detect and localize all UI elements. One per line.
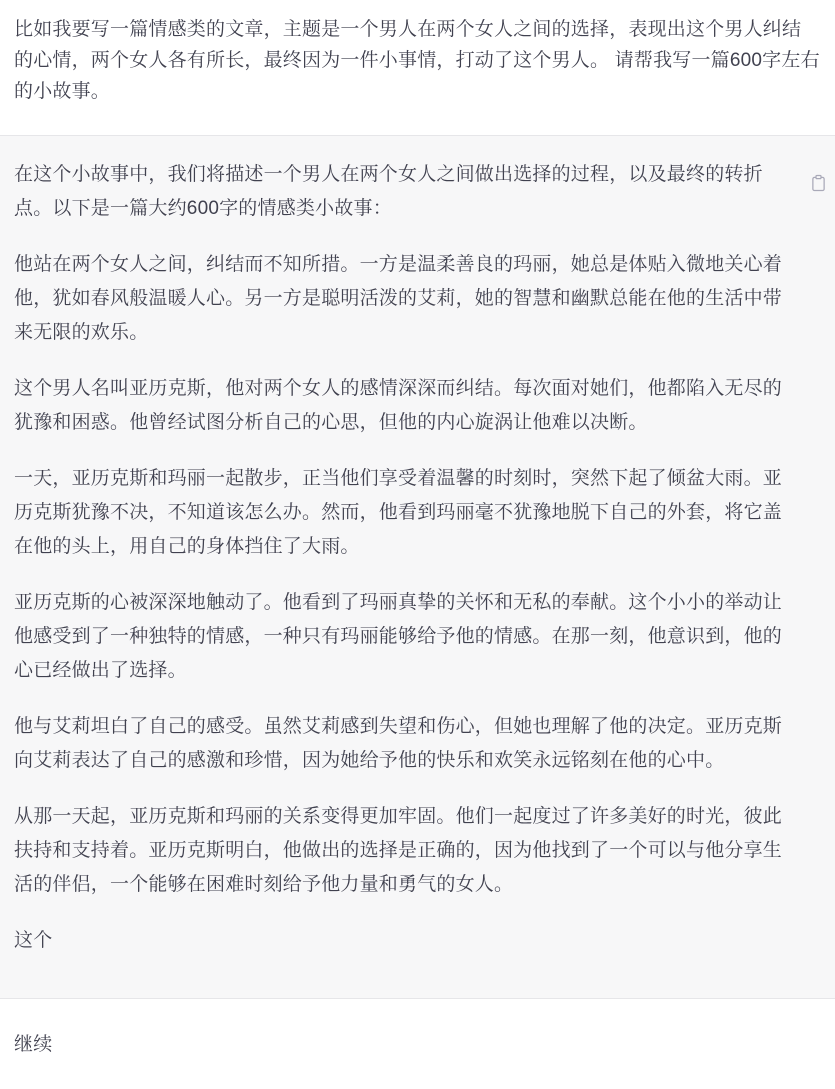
assistant-paragraph: 在这个小故事中，我们将描述一个男人在两个女人之间做出选择的过程，以及最终的转折点… (14, 158, 789, 226)
assistant-message: 在这个小故事中，我们将描述一个男人在两个女人之间做出选择的过程，以及最终的转折点… (0, 135, 835, 999)
assistant-paragraph: 他与艾莉坦白了自己的感受。虽然艾莉感到失望和伤心，但她也理解了他的决定。亚历克斯… (14, 710, 789, 778)
copy-button[interactable] (807, 172, 829, 194)
assistant-paragraph: 一天，亚历克斯和玛丽一起散步，正当他们享受着温馨的时刻时，突然下起了倾盆大雨。亚… (14, 462, 789, 564)
user-message-1: 比如我要写一篇情感类的文章，主题是一个男人在两个女人之间的选择，表现出这个男人纠… (0, 0, 835, 135)
clipboard-icon (811, 174, 826, 192)
assistant-paragraph: 从那一天起，亚历克斯和玛丽的关系变得更加牢固。他们一起度过了许多美好的时光，彼此… (14, 800, 789, 902)
user-message-1-text: 比如我要写一篇情感类的文章，主题是一个男人在两个女人之间的选择，表现出这个男人纠… (14, 19, 820, 102)
assistant-paragraph: 这个 (14, 924, 789, 958)
assistant-paragraph: 他站在两个女人之间，纠结而不知所措。一方是温柔善良的玛丽，她总是体贴入微地关心着… (14, 248, 789, 350)
assistant-paragraph: 这个男人名叫亚历克斯，他对两个女人的感情深深而纠结。每次面对她们，他都陷入无尽的… (14, 372, 789, 440)
user-message-2: 继续 (0, 999, 835, 1070)
assistant-paragraph: 亚历克斯的心被深深地触动了。他看到了玛丽真挚的关怀和无私的奉献。这个小小的举动让… (14, 586, 789, 688)
user-message-2-text: 继续 (14, 1034, 52, 1055)
